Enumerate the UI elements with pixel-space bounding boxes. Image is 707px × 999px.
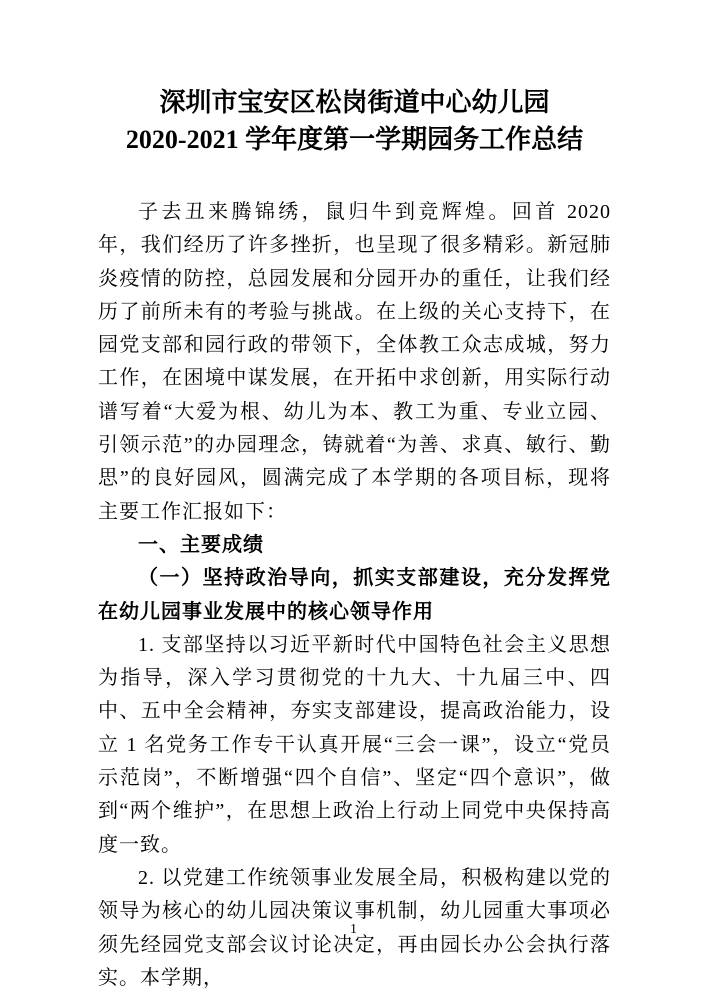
document-page: 深圳市宝安区松岗街道中心幼儿园 2020-2021 学年度第一学期园务工作总结 …	[0, 0, 707, 999]
document-title-line2: 2020-2021 学年度第一学期园务工作总结	[98, 121, 611, 158]
subsection-heading-party-leadership: （一）坚持政治导向，抓实支部建设，充分发挥党在幼儿园事业发展中的核心领导作用	[98, 562, 611, 629]
document-title-line1: 深圳市宝安区松岗街道中心幼儿园	[98, 84, 611, 121]
document-body: 子去丑来腾锦绣，鼠归牛到竞辉煌。回首 2020 年，我们经历了许多挫折，也呈现了…	[98, 196, 611, 995]
document-content: 深圳市宝安区松岗街道中心幼儿园 2020-2021 学年度第一学期园务工作总结 …	[98, 84, 611, 995]
intro-paragraph: 子去丑来腾锦绣，鼠归牛到竞辉煌。回首 2020 年，我们经历了许多挫折，也呈现了…	[98, 196, 611, 529]
page-footer: 1	[0, 920, 707, 938]
page-number: 1	[350, 922, 357, 937]
numbered-paragraph-1: 1. 支部坚持以习近平新时代中国特色社会主义思想为指导，深入学习贯彻党的十九大、…	[98, 629, 611, 862]
document-title: 深圳市宝安区松岗街道中心幼儿园 2020-2021 学年度第一学期园务工作总结	[98, 84, 611, 158]
section-heading-main-achievements: 一、主要成绩	[98, 529, 611, 562]
